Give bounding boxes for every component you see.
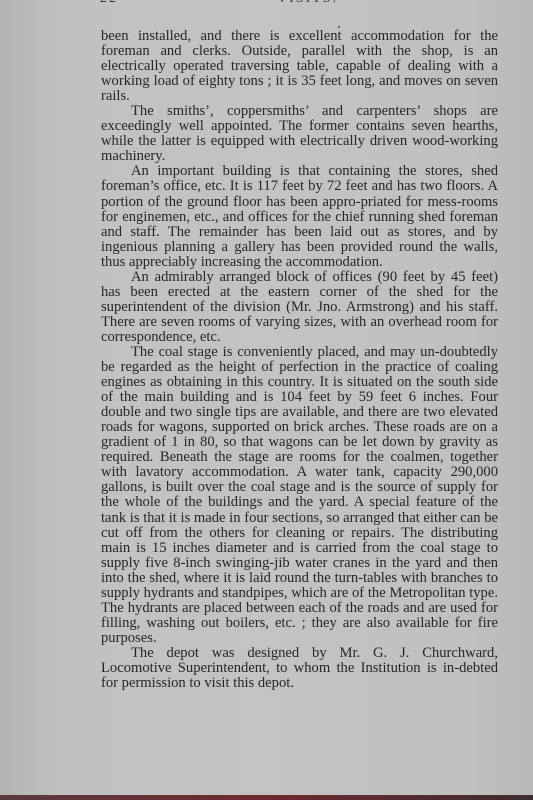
book-cover-edge xyxy=(0,795,533,800)
running-head-title: VISITS. xyxy=(277,0,338,7)
paragraph-stores-building: An important building is that containing… xyxy=(101,164,498,269)
page-number: 22 xyxy=(100,0,118,7)
running-head: 22 VISITS. xyxy=(100,0,498,5)
body-text: been installed, and there is excellent a… xyxy=(101,29,498,691)
paragraph-coal-stage: The coal stage is conveniently placed, a… xyxy=(101,345,498,646)
paragraph-traversing-table: been installed, and there is excellent a… xyxy=(101,29,498,104)
paragraph-offices-block: An admirably arranged block of offices (… xyxy=(101,270,498,345)
paragraph-smiths-shops: The smiths’, coppersmiths’ and carpenter… xyxy=(101,104,498,164)
paragraph-depot-designer: The depot was designed by Mr. G. J. Chur… xyxy=(101,646,498,691)
book-page: 22 VISITS. been installed, and there is … xyxy=(0,0,533,795)
